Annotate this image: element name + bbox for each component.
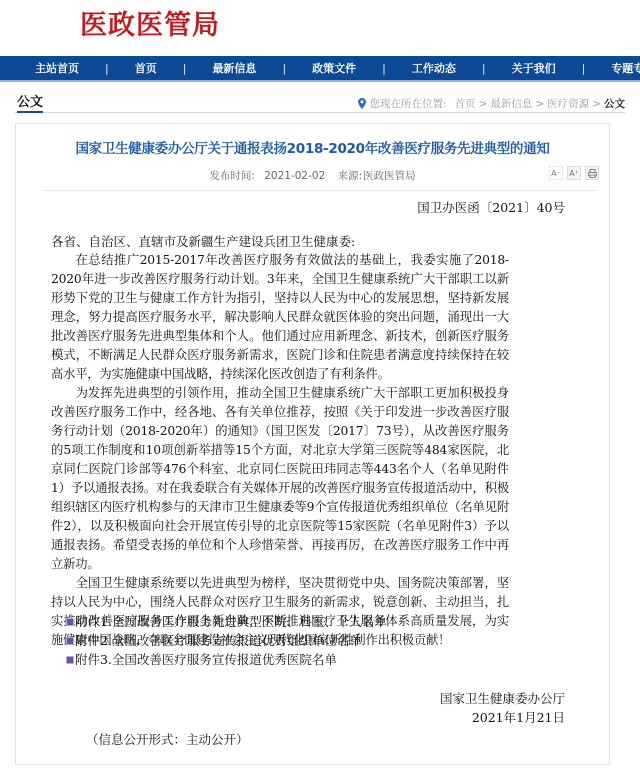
print-button[interactable] [585,166,599,180]
nav-item-home[interactable]: 首页 [135,60,157,76]
print-icon [588,169,597,178]
breadcrumb-medical-resources[interactable]: 医疗资源 [547,96,589,111]
article-panel: 国家卫生健康委办公厅关于通报表扬2018-2020年改善医疗服务先进典型的通知 … [15,123,610,765]
font-decrease-button[interactable]: A⁻ [549,166,563,180]
section-title: 公文 [17,95,43,113]
publish-label: 发布时间: [209,170,255,182]
salutation: 各省、自治区、直辖市及新疆生产建设兵团卫生健康委: [51,232,355,250]
font-increase-button[interactable]: A⁺ [567,166,581,180]
paragraph: 在总结推广2015-2017年改善医疗服务有效做法的基础上，我委实施了2018-… [51,251,509,384]
article-body: 在总结推广2015-2017年改善医疗服务有效做法的基础上，我委实施了2018-… [51,251,509,650]
nav-item-policy[interactable]: 政策文件 [312,60,356,76]
source-label: 来源: [338,170,363,182]
breadcrumb-separator: > [535,98,544,110]
attachment-label[interactable]: 附件1.全国改善医疗服务先进典型医院、科室、个人名单 [75,612,387,631]
article-meta: 发布时间: 2021-02-02 来源:医政医管局 [16,168,609,183]
nav-item-about[interactable]: 关于我们 [512,60,556,76]
attachment-list: 附件1.全国改善医疗服务先进典型医院、科室、个人名单 附件2.全国改善医疗服务宣… [66,612,387,669]
attachment-link-3[interactable]: 附件3.全国改善医疗服务宣传报道优秀医院名单 [66,650,387,669]
breadcrumb-home[interactable]: 首页 [455,96,476,111]
signer-date: 2021年1月21日 [440,708,565,727]
signer-org: 国家卫生健康委办公厅 [440,689,565,708]
article-tools: A⁻ A⁺ [549,166,599,180]
breadcrumb-separator: > [592,98,601,110]
publish-date: 2021-02-02 [264,170,325,182]
attachment-link-1[interactable]: 附件1.全国改善医疗服务先进典型医院、科室、个人名单 [66,612,387,631]
breadcrumb-latest[interactable]: 最新信息 [490,96,532,111]
font-decrease-icon: A⁻ [551,169,561,178]
article-title: 国家卫生健康委办公厅关于通报表扬2018-2020年改善医疗服务先进典型的通知 [16,137,609,157]
nav-separator: | [482,62,486,75]
attachment-link-2[interactable]: 附件2.全国改善医疗服务宣传报道优秀组织单位名单 [66,631,387,650]
document-file-icon [66,656,74,664]
disclosure-note: （信息公开形式：主动公开） [86,730,249,748]
header: 医政医管局 [0,0,640,56]
nav-separator: | [183,62,187,75]
nav-item-latest[interactable]: 最新信息 [212,60,256,76]
paragraph: 为发挥先进典型的引领作用，推动全国卫生健康系统广大干部职工更加积极投身改善医疗服… [51,384,509,574]
nav-item-main-home[interactable]: 主站首页 [35,60,79,76]
nav-separator: | [282,62,286,75]
document-file-icon [66,637,74,645]
attachment-label[interactable]: 附件2.全国改善医疗服务宣传报道优秀组织单位名单 [75,631,362,650]
nav-separator: | [105,62,109,75]
nav-separator: | [582,62,586,75]
main-nav: 主站首页 | 首页 | 最新信息 | 政策文件 | 工作动态 | 关于我们 | … [0,56,640,82]
meta-divider [43,190,597,191]
nav-separator: | [382,62,386,75]
breadcrumb-prefix: 您现在所在位置: [370,96,447,111]
breadcrumb-separator: > [479,98,488,110]
breadcrumb-current[interactable]: 公文 [604,96,625,111]
document-number: 国卫办医函〔2021〕40号 [417,198,565,216]
section-header: 公文 您现在所在位置: 首页 > 最新信息 > 医疗资源 > 公文 [15,93,625,113]
font-increase-icon: A⁺ [569,169,579,178]
site-logo[interactable]: 医政医管局 [80,3,220,42]
nav-item-topics[interactable]: 专题专栏 [611,60,640,76]
breadcrumb: 您现在所在位置: 首页 > 最新信息 > 医疗资源 > 公文 [358,96,625,111]
document-file-icon [66,618,74,626]
location-pin-icon [358,98,366,109]
signature-block: 国家卫生健康委办公厅 2021年1月21日 [440,689,565,727]
nav-item-work-news[interactable]: 工作动态 [412,60,456,76]
source-value: 医政医管局 [363,170,416,182]
attachment-label[interactable]: 附件3.全国改善医疗服务宣传报道优秀医院名单 [75,650,337,669]
